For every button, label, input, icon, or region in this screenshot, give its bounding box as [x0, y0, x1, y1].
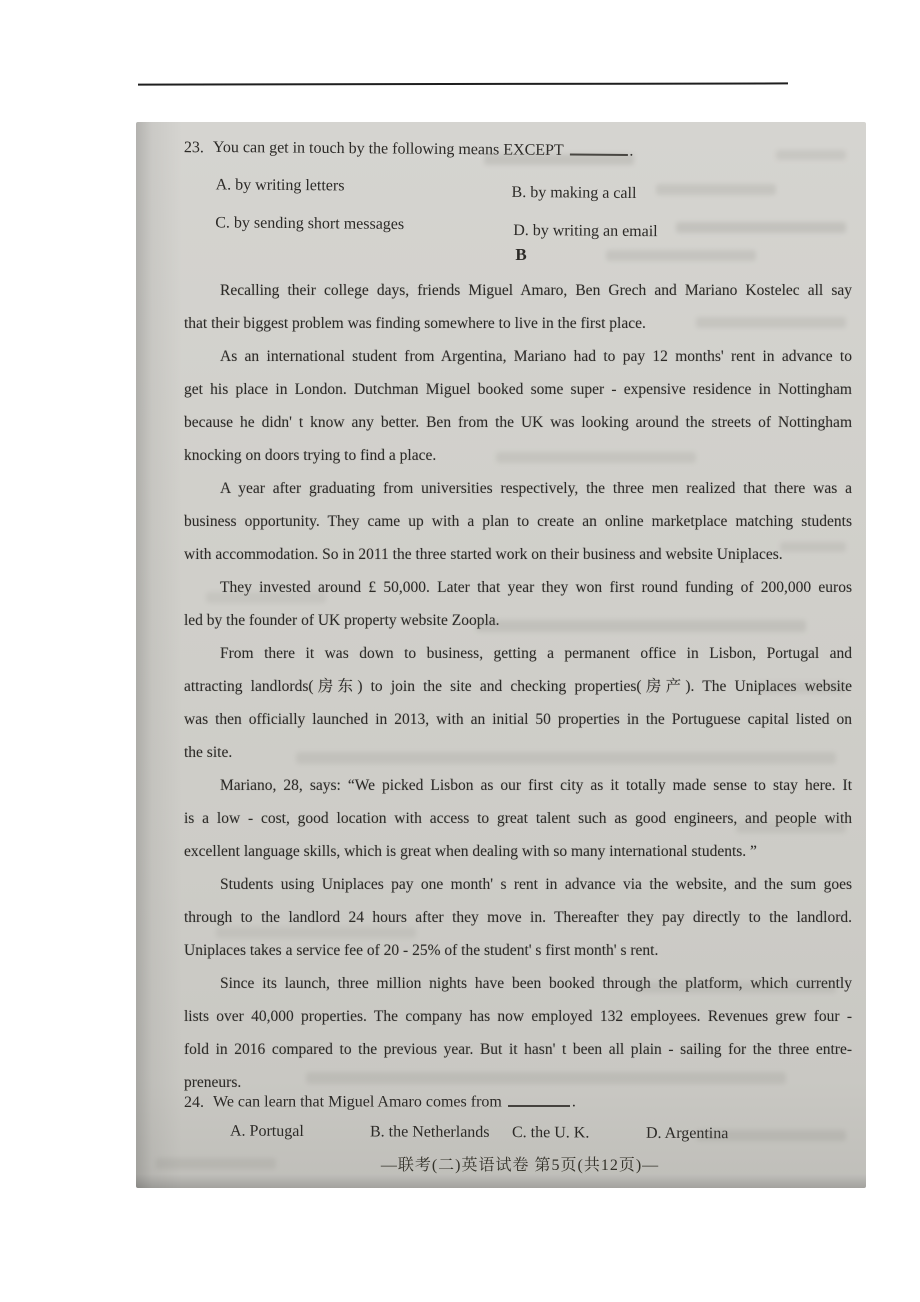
- bleed-through-artifact: [484, 154, 634, 165]
- question-24-number: 24.: [184, 1094, 204, 1111]
- bleed-through-artifact: [776, 150, 846, 160]
- exam-paper-page: 23.You can get in touch by the following…: [136, 122, 866, 1188]
- passage-line: From there it was down to business, gett…: [184, 637, 852, 670]
- passage-line: get his place in London. Dutchman Miguel…: [184, 373, 852, 406]
- bleed-through-artifact: [606, 250, 756, 261]
- passage-section-label: B: [136, 245, 866, 265]
- passage-line: Mariano, 28, says: “We picked Lisbon as …: [184, 769, 852, 802]
- passage-line: As an international student from Argenti…: [184, 340, 852, 373]
- question-24-option-b: B. the Netherlands: [370, 1123, 490, 1142]
- question-24-option-a: A. Portugal: [230, 1123, 304, 1141]
- question-24-stem: 24.We can learn that Miguel Amaro comes …: [184, 1093, 576, 1112]
- passage: Recalling their college days, friends Mi…: [184, 274, 852, 1099]
- bleed-through-artifact: [156, 1158, 276, 1169]
- bleed-through-artifact: [306, 1072, 786, 1084]
- passage-line: Recalling their college days, friends Mi…: [184, 274, 852, 307]
- bleed-through-artifact: [780, 542, 846, 552]
- passage-line: attracting landlords(房东) to join the sit…: [184, 670, 852, 703]
- bleed-through-artifact: [696, 317, 846, 328]
- question-23-option-a: A. by writing letters: [216, 176, 345, 195]
- passage-line: because he didn' t know any better. Ben …: [184, 406, 852, 439]
- bleed-through-artifact: [676, 222, 846, 233]
- question-24-stem-text: We can learn that Miguel Amaro comes fro…: [213, 1094, 502, 1111]
- question-23-option-c: C. by sending short messages: [215, 214, 404, 234]
- passage-line: lists over 40,000 properties. The compan…: [184, 1000, 852, 1033]
- bleed-through-artifact: [476, 620, 806, 632]
- passage-line: Students using Uniplaces pay one month' …: [184, 868, 852, 901]
- question-23-option-d: D. by writing an email: [513, 222, 658, 241]
- bleed-through-artifact: [296, 752, 836, 764]
- bleed-through-artifact: [216, 927, 416, 938]
- scanned-exam-photo: 23.You can get in touch by the following…: [0, 0, 920, 1302]
- bleed-through-artifact: [696, 1130, 846, 1141]
- bleed-through-artifact: [636, 982, 836, 993]
- bleed-through-artifact: [496, 452, 696, 463]
- bleed-through-artifact: [656, 184, 776, 195]
- passage-line: with accommodation. So in 2011 the three…: [184, 538, 852, 571]
- passage-line: was then officially launched in 2013, wi…: [184, 703, 852, 736]
- bleed-through-artifact: [736, 822, 846, 833]
- answer-blank-24: [508, 1093, 570, 1107]
- passage-line: business opportunity. They came up with …: [184, 505, 852, 538]
- passage-line: Uniplaces takes a service fee of 20 - 25…: [184, 934, 852, 967]
- bleed-through-artifact: [206, 592, 326, 603]
- question-23: 23.You can get in touch by the following…: [136, 122, 866, 128]
- question-24-option-c: C. the U. K.: [512, 1124, 589, 1142]
- top-rule: [138, 82, 788, 85]
- question-23-number: 23.: [184, 139, 204, 156]
- passage-line: excellent language skills, which is grea…: [184, 835, 852, 868]
- passage-line: fold in 2016 compared to the previous ye…: [184, 1033, 852, 1066]
- question-24-period: .: [572, 1094, 576, 1111]
- passage-line: A year after graduating from universitie…: [184, 472, 852, 505]
- question-23-option-b: B. by making a call: [511, 184, 636, 203]
- bleed-through-artifact: [756, 682, 846, 693]
